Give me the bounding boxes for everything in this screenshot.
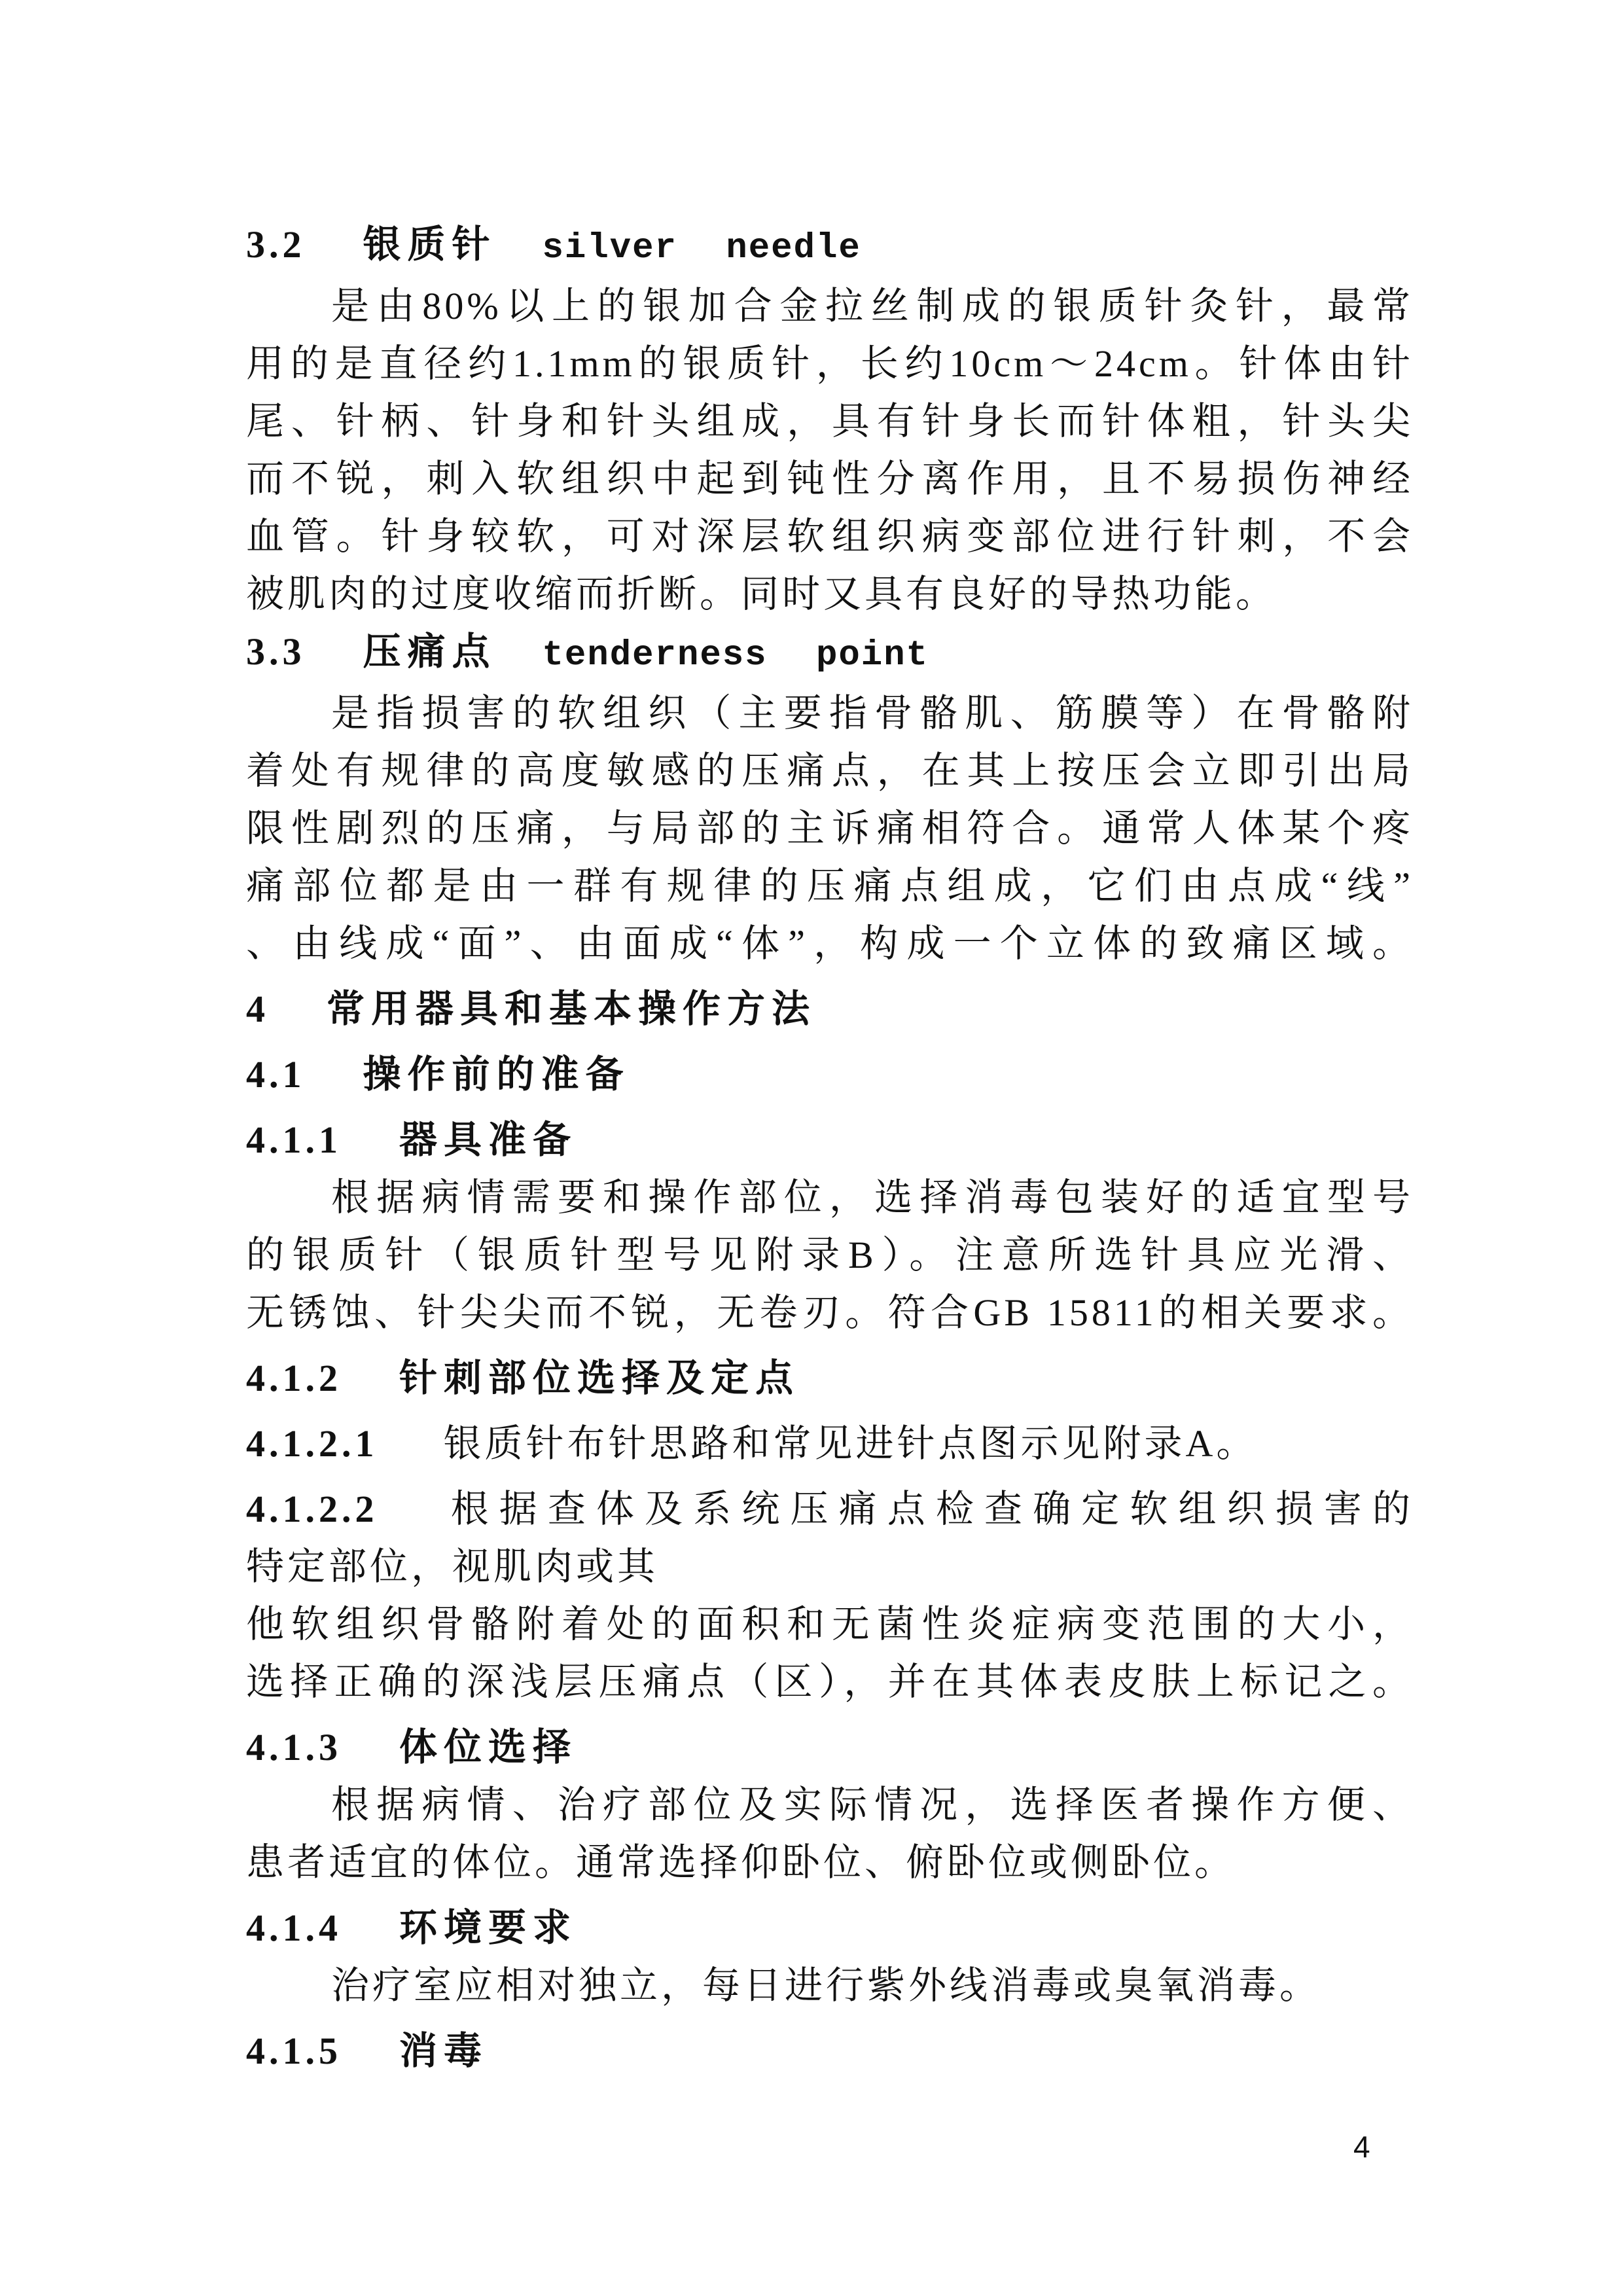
text-line: 无锈蚀、针尖尖而不锐，无卷刃。符合GB 15811的相关要求。 — [246, 1284, 1414, 1342]
text-line: 4.1.2.1银质针布针思路和常见进针点图示见附录A。 — [246, 1415, 1414, 1473]
text-line: 而不锐，刺入软组织中起到钝性分离作用，且不易损伤神经 — [246, 450, 1414, 508]
text-line: 根据病情、治疗部位及实际情况，选择医者操作方便、 — [246, 1776, 1414, 1834]
text-line: 选择正确的深浅层压痛点（区），并在其体表皮肤上标记之。 — [246, 1653, 1414, 1711]
clause-number: 4.1 — [246, 1053, 306, 1096]
heading-4-1-1: 4.1.1器具准备 — [246, 1111, 1414, 1169]
text-line: 被肌肉的过度收缩而折断。同时又具有良好的导热功能。 — [246, 565, 1414, 623]
text-line: 血管。针身较软，可对深层软组织病变部位进行针刺，不会 — [246, 508, 1414, 565]
heading-4-1: 4.1操作前的准备 — [246, 1046, 1414, 1103]
heading-title-en: silver needle — [543, 228, 861, 268]
numbered-clause: 4.1.2.2根据查体及系统压痛点检查确定软组织损害的特定部位，视肌肉或其 — [246, 1480, 1414, 1596]
numbered-clause: 4.1.2.1银质针布针思路和常见进针点图示见附录A。 — [246, 1415, 1414, 1473]
heading-title-zh: 常用器具和基本操作方法 — [327, 988, 816, 1030]
clause-number: 4.1.2.1 — [246, 1422, 378, 1465]
paragraph: 治疗室应相对独立，每日进行紫外线消毒或臭氧消毒。 — [246, 1957, 1414, 2015]
clause-number: 4.1.4 — [246, 1907, 342, 1949]
clause-number: 3.3 — [246, 630, 306, 673]
heading-4-1-3: 4.1.3体位选择 — [246, 1719, 1414, 1776]
heading-title-zh: 针刺部位选择及定点 — [399, 1357, 800, 1399]
text-line: 的银质针（银质针型号见附录B）。注意所选针具应光滑、 — [246, 1227, 1414, 1284]
text-line: 患者适宜的体位。通常选择仰卧位、俯卧位或侧卧位。 — [246, 1834, 1414, 1892]
text-line: 、由线成“面”、由面成“体”，构成一个立体的致痛区域。 — [246, 915, 1414, 973]
text-line: 着处有规律的高度敏感的压痛点，在其上按压会立即引出局 — [246, 742, 1414, 800]
text-line: 4.1.2.2根据查体及系统压痛点检查确定软组织损害的 — [246, 1480, 1414, 1538]
page-body: 3.2银质针silver needle是由80%以上的银加合金拉丝制成的银质针灸… — [246, 216, 1414, 2080]
clause-number: 4.1.2.2 — [246, 1488, 378, 1530]
heading-3-3: 3.3压痛点tenderness point — [246, 623, 1414, 685]
document-page: 3.2银质针silver needle是由80%以上的银加合金拉丝制成的银质针灸… — [0, 0, 1623, 2296]
text-line: 他软组织骨骼附着处的面积和无菌性炎症病变范围的大小， — [246, 1596, 1414, 1653]
heading-4: 4常用器具和基本操作方法 — [246, 980, 1414, 1038]
heading-title-zh: 压痛点 — [363, 630, 497, 673]
paragraph: 根据病情需要和操作部位，选择消毒包装好的适宜型号的银质针（银质针型号见附录B）。… — [246, 1169, 1414, 1342]
page-number: 4 — [1353, 2128, 1370, 2165]
clause-number: 3.2 — [246, 223, 306, 266]
clause-number: 4.1.3 — [246, 1726, 342, 1768]
text-line: 特定部位，视肌肉或其 — [246, 1538, 1414, 1596]
heading-3-2: 3.2银质针silver needle — [246, 216, 1414, 278]
heading-4-1-4: 4.1.4环境要求 — [246, 1899, 1414, 1957]
paragraph: 是由80%以上的银加合金拉丝制成的银质针灸针，最常用的是直径约1.1mm的银质针… — [246, 278, 1414, 623]
clause-number: 4.1.1 — [246, 1119, 342, 1161]
clause-number: 4 — [246, 988, 269, 1030]
text-line: 限性剧烈的压痛，与局部的主诉痛相符合。通常人体某个疼 — [246, 800, 1414, 857]
heading-title-zh: 操作前的准备 — [363, 1053, 630, 1096]
clause-text: 根据查体及系统压痛点检查确定软组织损害的 — [444, 1488, 1414, 1530]
text-line: 根据病情需要和操作部位，选择消毒包装好的适宜型号 — [246, 1169, 1414, 1227]
text-line: 是由80%以上的银加合金拉丝制成的银质针灸针，最常 — [246, 278, 1414, 335]
text-line: 尾、针柄、针身和针头组成，具有针身长而针体粗，针头尖 — [246, 393, 1414, 450]
heading-title-zh: 环境要求 — [399, 1907, 577, 1949]
text-line: 治疗室应相对独立，每日进行紫外线消毒或臭氧消毒。 — [246, 1957, 1414, 2015]
heading-title-en: tenderness point — [543, 636, 929, 675]
clause-number: 4.1.5 — [246, 2030, 342, 2072]
paragraph: 他软组织骨骼附着处的面积和无菌性炎症病变范围的大小，选择正确的深浅层压痛点（区）… — [246, 1596, 1414, 1711]
heading-4-1-2: 4.1.2针刺部位选择及定点 — [246, 1350, 1414, 1407]
text-line: 痛部位都是由一群有规律的压痛点组成，它们由点成“线” — [246, 857, 1414, 915]
heading-4-1-5: 4.1.5消毒 — [246, 2022, 1414, 2080]
text-line: 是指损害的软组织（主要指骨骼肌、筋膜等）在骨骼附 — [246, 685, 1414, 742]
heading-title-zh: 器具准备 — [399, 1119, 577, 1161]
heading-title-zh: 体位选择 — [399, 1726, 577, 1768]
heading-title-zh: 银质针 — [363, 223, 497, 266]
paragraph: 是指损害的软组织（主要指骨骼肌、筋膜等）在骨骼附着处有规律的高度敏感的压痛点，在… — [246, 685, 1414, 973]
clause-number: 4.1.2 — [246, 1357, 342, 1399]
paragraph: 根据病情、治疗部位及实际情况，选择医者操作方便、患者适宜的体位。通常选择仰卧位、… — [246, 1776, 1414, 1892]
clause-text: 银质针布针思路和常见进针点图示见附录A。 — [444, 1422, 1258, 1465]
text-line: 用的是直径约1.1mm的银质针，长约10cm～24cm。针体由针 — [246, 335, 1414, 393]
heading-title-zh: 消毒 — [399, 2030, 488, 2072]
